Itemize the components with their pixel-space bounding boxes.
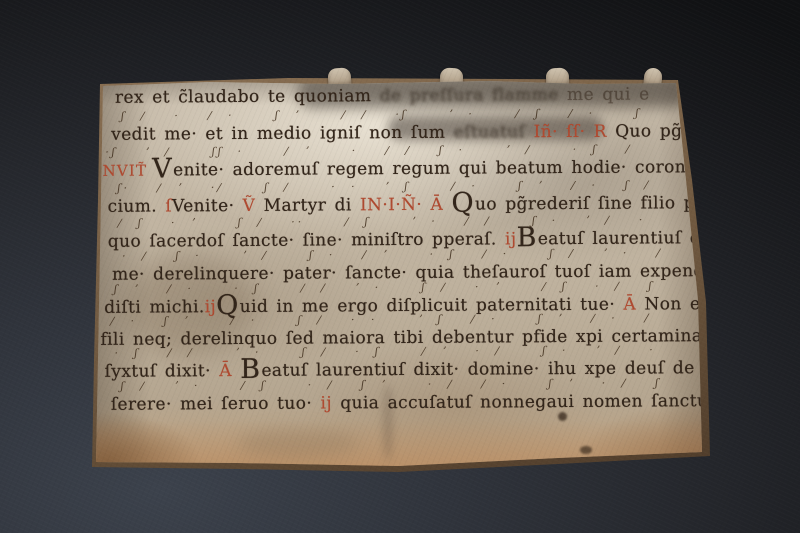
neume-row: / ʃ · ʼ ʃ / ·· / ʃ ʼ · / / ʃ · ʼ / ·: [116, 213, 647, 229]
manuscript-text: rex et c̃laudabo te quoniam de preſſura …: [87, 58, 716, 476]
text-segment: Bea: [729, 326, 763, 346]
text-segment: vedit me· et in medio igniſ non ſum: [111, 123, 454, 145]
text-segment: quia accuſatuſ nonnegaui nomen ſanctum t…: [332, 391, 780, 414]
neume-row: · ʃ / / ʼ · ʃ / · ʃ / ʼ · / ʃ · ʼ / ·: [113, 343, 658, 359]
manuscript-line: rex et c̃laudabo te quoniam de preſſura …: [115, 84, 650, 107]
manuscript-book: rex et c̃laudabo te quoniam de preſſura …: [88, 60, 714, 474]
text-segment: uo pg̃rederiſ ſine filio pãr: [475, 193, 714, 214]
rubric-segment: INVIT̃: [95, 162, 147, 180]
text-segment: No: [765, 228, 791, 248]
manuscript-line: ʃ / ʼ · / ʃ · / ʃ ʼ · / / · ʃ ʼ · / ʃſer…: [111, 391, 780, 415]
text-segment: Non ego te deſe: [644, 294, 795, 315]
manuscript-line: ʃ / · / · ʃ ʼ / / ·ʃ ʼ · / ʃ / · ʃvedit …: [111, 121, 731, 145]
rubric-segment: Iñ· ſſ· R: [534, 122, 616, 142]
neume-row: / · ʃ ʼ / · ʃ / · · ʼ ʃ / · ʃ ʼ / · /: [109, 311, 654, 327]
rubric-segment: Ṽ: [243, 196, 264, 216]
text-segment: de preſſura flamme: [380, 85, 567, 106]
neume-row: ʃ / ʼ · / ʃ · / ʃ ʼ · / / · ʃ ʼ · / ʃ: [119, 376, 663, 392]
text-segment: cium.: [108, 196, 166, 216]
photo-backdrop: rex et c̃laudabo te quoniam de preſſura …: [0, 0, 800, 533]
rubric-segment: Ā: [744, 228, 765, 248]
text-segment: rex et c̃laudabo te quoniam: [115, 86, 380, 108]
rubric-segment: ij: [320, 393, 332, 413]
text-segment: Martyr di: [264, 195, 360, 216]
text-segment: enite· adoremuſ regem regum qui beatum h…: [173, 157, 793, 181]
neume-row: ·ʃ ʼ / ʃʃ · / ʼ · / / ʃ · ʼ / · ʃ /: [103, 143, 634, 159]
text-segment: me qui e: [567, 84, 650, 105]
initial-letter: V: [152, 153, 172, 184]
neume-row: ʃ· / ʼ ·/ ʃ / · · ʼ ʃ / · ʃ ʼ / · ʃ /: [116, 178, 653, 194]
rubric-segment: Ṽ: [716, 326, 729, 346]
text-segment: eſtuatuſ: [454, 122, 534, 142]
text-segment: ſerere· mei ſeruo tuo·: [111, 393, 321, 414]
text-segment: Venite·: [172, 196, 243, 216]
text-segment: Quo pg̃deriſ.: [615, 121, 731, 142]
neume-row: ʃ / · / · ʃ ʼ / / ·ʃ ʼ · / ʃ / · ʃ: [119, 107, 643, 123]
neume-row: ʃ ʼ / · · ʃ / / ʼ · ʃ / · ʼ / ʃ · / ʃ: [112, 279, 656, 295]
parchment-cover: rex et c̃laudabo te quoniam de preſſura …: [88, 60, 714, 474]
neume-row: · / ʃ · ʼ / ʃ · / ʼ · ʃ / · ʃ / ʼ · /: [120, 246, 665, 262]
rubric-segment: IN·I·Ñ· Ā: [360, 195, 452, 216]
